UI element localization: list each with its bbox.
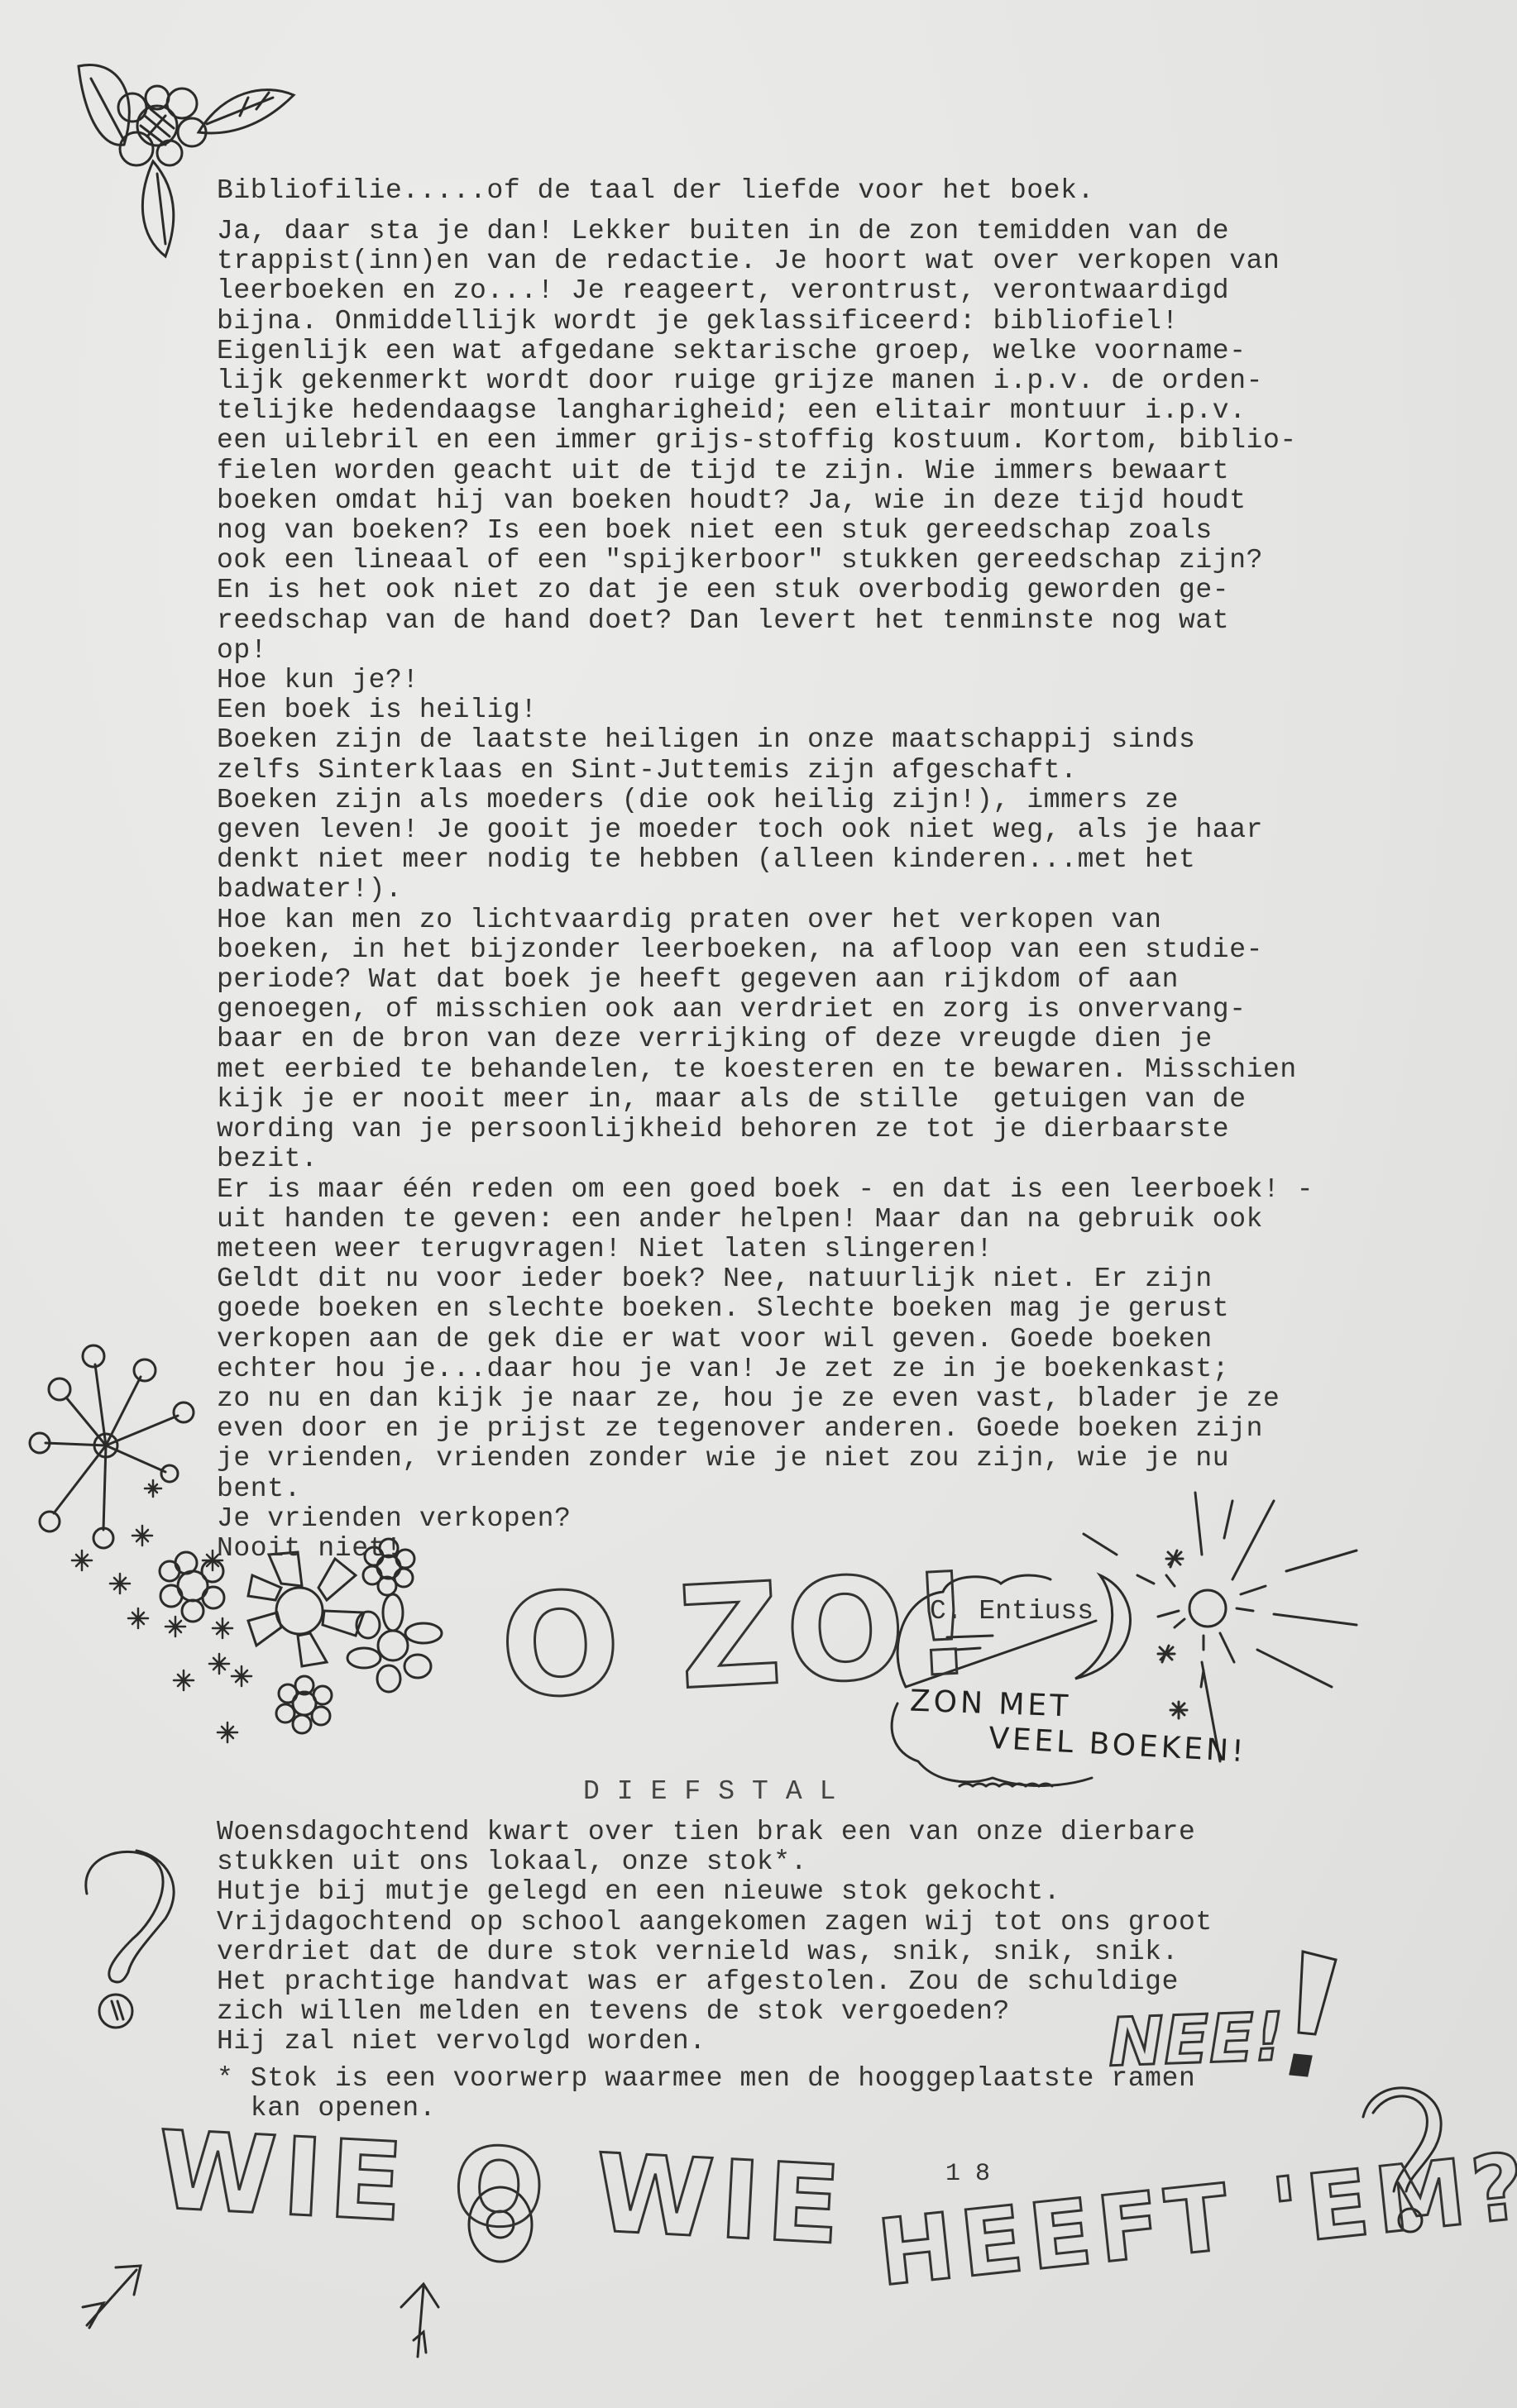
- text-line: nog van boeken? Is een boek niet een stu…: [217, 516, 1314, 546]
- zon-met-handwriting: ZON MET: [909, 1684, 1071, 1724]
- text-line: telijke hedendaagse langharigheid; een e…: [217, 396, 1314, 426]
- text-line: En is het ook niet zo dat je een stuk ov…: [217, 576, 1314, 605]
- theft-body: Woensdagochtend kwart over tien brak een…: [217, 1818, 1213, 2057]
- text-line: Hutje bij mutje gelegd en een nieuwe sto…: [217, 1877, 1213, 1907]
- text-line: wording van je persoonlijkheid behoren z…: [217, 1115, 1314, 1144]
- text-line: Een boek is heilig!: [217, 695, 1314, 725]
- text-line: zich willen melden en tevens de stok ver…: [217, 1997, 1213, 2027]
- text-line: bent.: [217, 1474, 1314, 1504]
- text-line: ook een lineaal of een "spijkerboor" stu…: [217, 546, 1314, 576]
- text-line: Je vrienden verkopen?: [217, 1504, 1314, 1534]
- text-line: bijna. Onmiddellijk wordt je geklassific…: [217, 307, 1314, 337]
- text-line: Hoe kan men zo lichtvaardig praten over …: [217, 905, 1314, 935]
- text-line: Hij zal niet vervolgd worden.: [217, 2027, 1213, 2057]
- text-line: geven leven! Je gooit je moeder toch ook…: [217, 815, 1314, 845]
- text-line: goede boeken en slechte boeken. Slechte …: [217, 1294, 1314, 1324]
- text-line: genoegen, of misschien ook aan verdriet …: [217, 995, 1314, 1025]
- page-number: 18: [945, 2160, 1005, 2188]
- text-line: Geldt dit nu voor ieder boek? Nee, natuu…: [217, 1264, 1314, 1294]
- text-line: een uilebril en een immer grijs-stoffig …: [217, 426, 1314, 456]
- footnote: * Stok is een voorwerp waarmee men de ho…: [217, 2064, 1195, 2124]
- text-line: verdriet dat de dure stok vernield was, …: [217, 1937, 1213, 1967]
- text-line: je vrienden, vrienden zonder wie je niet…: [217, 1444, 1314, 1474]
- text-line: periode? Wat dat boek je heeft gegeven a…: [217, 965, 1314, 995]
- text-line: lijk gekenmerkt wordt door ruige grijze …: [217, 366, 1314, 396]
- text-line: fielen worden geacht uit de tijd te zijn…: [217, 456, 1314, 486]
- text-line: zelfs Sinterklaas en Sint-Juttemis zijn …: [217, 756, 1314, 786]
- text-line: Boeken zijn als moeders (die ook heilig …: [217, 786, 1314, 815]
- text-line: Ja, daar sta je dan! Lekker buiten in de…: [217, 217, 1314, 246]
- text-line: even door en je prijst ze tegenover ande…: [217, 1414, 1314, 1444]
- text-line: Boeken zijn de laatste heiligen in onze …: [217, 725, 1314, 755]
- text-line: bezit.: [217, 1144, 1314, 1174]
- text-line: boeken, in het bijzonder leerboeken, na …: [217, 935, 1314, 965]
- text-line: met eerbied te behandelen, te koesteren …: [217, 1055, 1314, 1085]
- text-line: boeken omdat hij van boeken houdt? Ja, w…: [217, 486, 1314, 516]
- text-line: zo nu en dan kijk je naar ze, hou je ze …: [217, 1384, 1314, 1414]
- text-line: reedschap van de hand doet? Dan levert h…: [217, 606, 1314, 636]
- text-line: meteen weer terugvragen! Niet laten slin…: [217, 1235, 1314, 1264]
- text-line: leerboeken en zo...! Je reageert, veront…: [217, 276, 1314, 306]
- text-line: op!: [217, 636, 1314, 666]
- article-body: Ja, daar sta je dan! Lekker buiten in de…: [217, 217, 1314, 1564]
- text-line: Vrijdagochtend op school aangekomen zage…: [217, 1908, 1213, 1937]
- article-title: Bibliofilie.....of de taal der liefde vo…: [217, 175, 1094, 206]
- text-line: echter hou je...daar hou je van! Je zet …: [217, 1354, 1314, 1384]
- nee-lettering: NEE!: [1107, 1998, 1285, 2081]
- text-line: * Stok is een voorwerp waarmee men de ho…: [217, 2064, 1195, 2094]
- text-line: Het prachtige handvat was er afgestolen.…: [217, 1967, 1213, 1997]
- text-line: baar en de bron van deze verrijking of d…: [217, 1025, 1314, 1054]
- text-line: denkt niet meer nodig te hebben (alleen …: [217, 845, 1314, 875]
- text-line: trappist(inn)en van de redactie. Je hoor…: [217, 246, 1314, 276]
- text-line: Eigenlijk een wat afgedane sektarische g…: [217, 337, 1314, 366]
- text-line: kijk je er nooit meer in, maar als de st…: [217, 1085, 1314, 1115]
- text-line: verkopen aan de gek die er wat voor wil …: [217, 1325, 1314, 1354]
- text-line: badwater!).: [217, 875, 1314, 905]
- text-line: uit handen te geven: een ander helpen! M…: [217, 1205, 1314, 1235]
- text-line: Hoe kun je?!: [217, 666, 1314, 695]
- text-line: Er is maar één reden om een goed boek - …: [217, 1175, 1314, 1205]
- section-title-diefstal: D I E F S T A L: [583, 1776, 836, 1807]
- text-line: stukken uit ons lokaal, onze stok*.: [217, 1847, 1213, 1877]
- text-line: Woensdagochtend kwart over tien brak een…: [217, 1818, 1213, 1847]
